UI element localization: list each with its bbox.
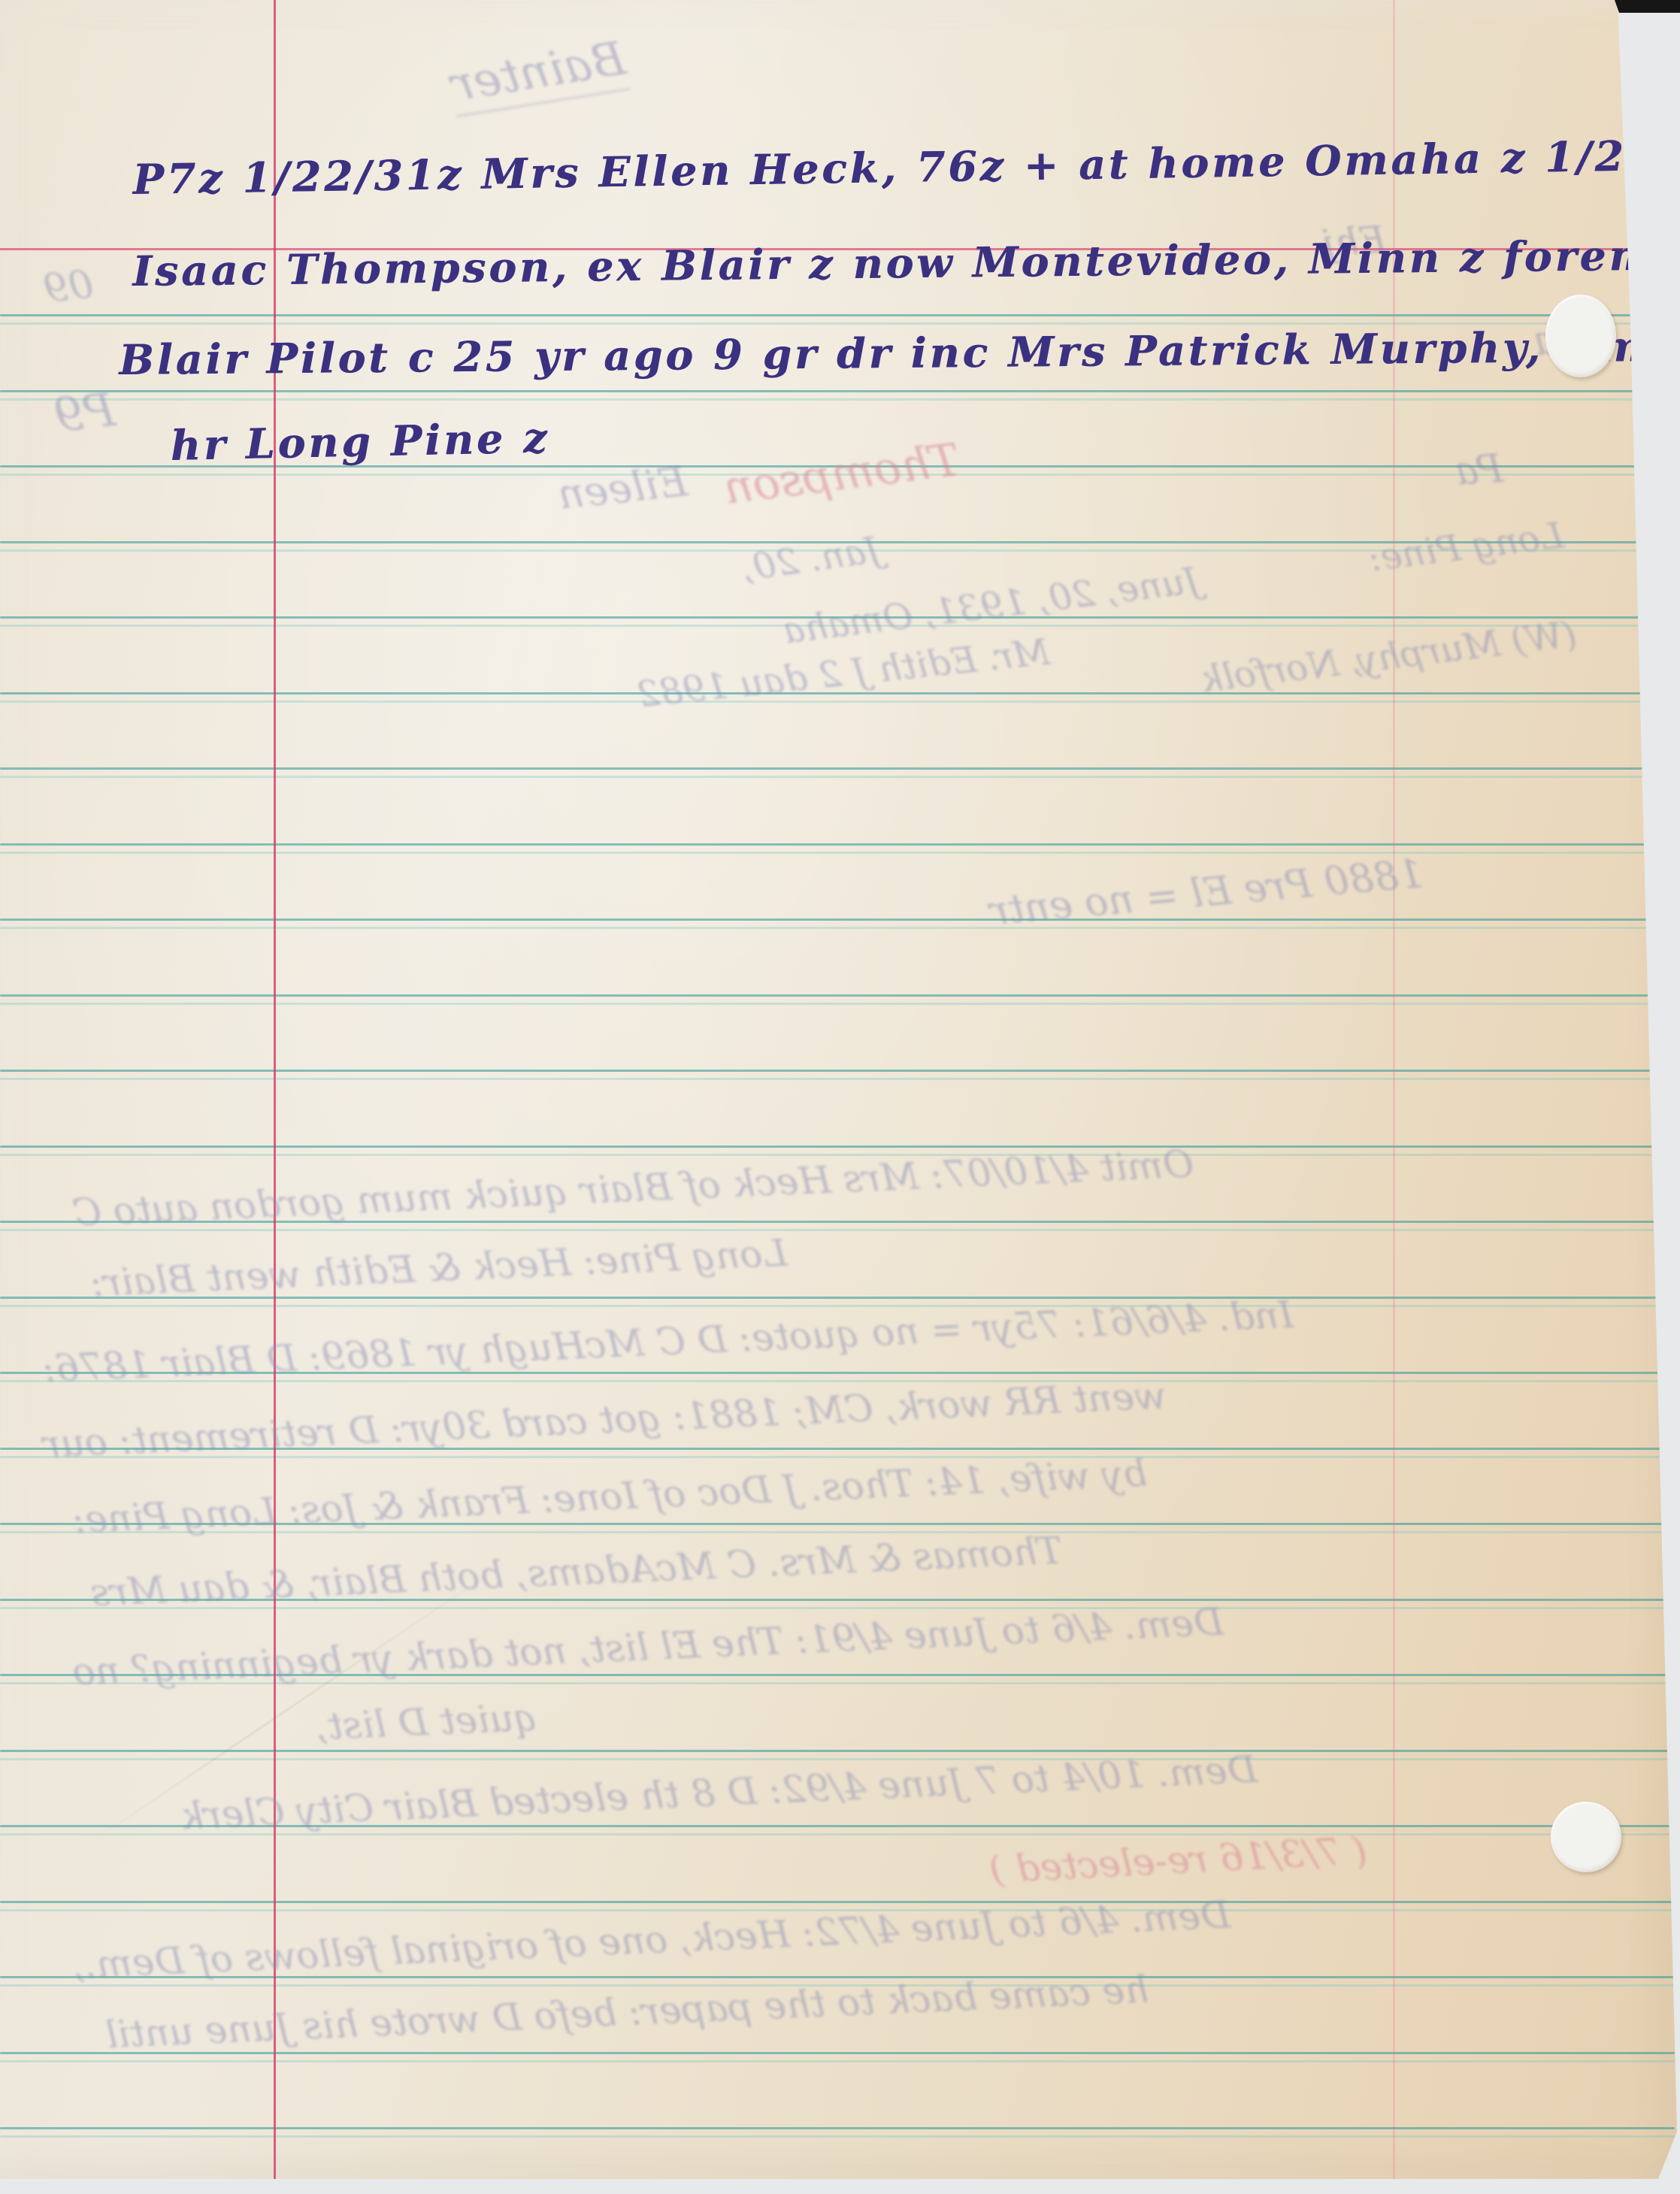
rule-line-faint <box>0 852 1675 854</box>
rule-line-faint <box>0 2135 1675 2138</box>
rule-line-faint <box>0 701 1675 703</box>
rule-line-faint <box>0 1758 1675 1760</box>
rule-line <box>0 918 1675 921</box>
ink-handwriting-line: P7z 1/22/31z Mrs Ellen Heck, 76z + at ho… <box>132 128 1680 204</box>
scanned-document: BainterEhjPa09P9EileenThompsonPaJan. 20,… <box>0 0 1680 2194</box>
punch-hole <box>1551 1802 1621 1872</box>
rule-line-faint <box>0 927 1675 929</box>
punch-hole <box>1545 295 1616 377</box>
rule-line-faint <box>0 1229 1675 1231</box>
rule-line-faint <box>0 2060 1675 2062</box>
rule-line <box>0 843 1675 846</box>
ghost-bleedthrough-line: ( 7/3/16 re-elected ) <box>988 1829 1368 1892</box>
margin-line-vertical <box>274 0 276 2179</box>
ink-handwriting-line: Blair Pilot c 25 yr ago 9 gr dr inc Mrs … <box>119 321 1680 384</box>
rule-line <box>0 767 1675 770</box>
ghost-bleedthrough-line: Jan. 20, <box>739 528 883 589</box>
ghost-bleedthrough-line: by wife, 14: Thos. J Doc of Ione: Frank … <box>71 1451 1148 1542</box>
rule-line <box>0 1750 1675 1752</box>
ghost-bleedthrough-line: Thomas & Mrs. C McAdams, both Blair, & d… <box>89 1529 1063 1614</box>
rule-line <box>0 994 1675 997</box>
ink-handwriting-line: Isaac Thompson, ex Blair z now Montevide… <box>132 229 1680 295</box>
ghost-bleedthrough-line: Long Pine: Heck & Edith went Blair: <box>89 1231 789 1305</box>
ghost-bleedthrough-line: Long Pine: <box>1367 514 1566 580</box>
ghost-bleedthrough-line: Thompson <box>721 434 963 515</box>
rule-line-faint <box>0 1003 1675 1005</box>
ink-handwriting-line: hr Long Pine z <box>170 413 550 470</box>
ghost-bleedthrough-line: Bainter <box>447 30 630 118</box>
ghost-bleedthrough-line: went RR work, CM; 1881: got card 30yr: D… <box>41 1373 1167 1466</box>
notebook-page: BainterEhjPa09P9EileenThompsonPaJan. 20,… <box>0 0 1680 2180</box>
ghost-bleedthrough-line: 1880 Pre El = no entr <box>988 852 1425 934</box>
rule-line <box>0 2052 1675 2054</box>
rule-line <box>0 390 1675 392</box>
rule-line-faint <box>0 398 1675 401</box>
ghost-bleedthrough-line: Dem. 4/6 to June 4/91: The El list, not … <box>71 1600 1224 1694</box>
ghost-bleedthrough-line: P9 <box>51 382 117 443</box>
rule-line <box>0 2127 1675 2129</box>
ghost-bleedthrough-line: quiet D list, <box>315 1696 539 1749</box>
ghost-bleedthrough-line: he came back to the paper: befo D wrote … <box>104 1968 1149 2057</box>
rule-line <box>0 314 1675 316</box>
rule-line <box>0 1901 1675 1903</box>
ghost-bleedthrough-line: Pa <box>1454 446 1505 495</box>
rule-line-faint <box>0 776 1675 778</box>
rule-line-faint <box>0 1154 1675 1156</box>
rule-line <box>0 1145 1675 1148</box>
rule-line-faint <box>0 1078 1675 1080</box>
ghost-bleedthrough-line: 09 <box>41 262 95 313</box>
rule-line <box>0 1070 1675 1072</box>
scanner-edge-shadow <box>1615 0 1680 13</box>
rule-line-faint <box>0 1305 1675 1307</box>
